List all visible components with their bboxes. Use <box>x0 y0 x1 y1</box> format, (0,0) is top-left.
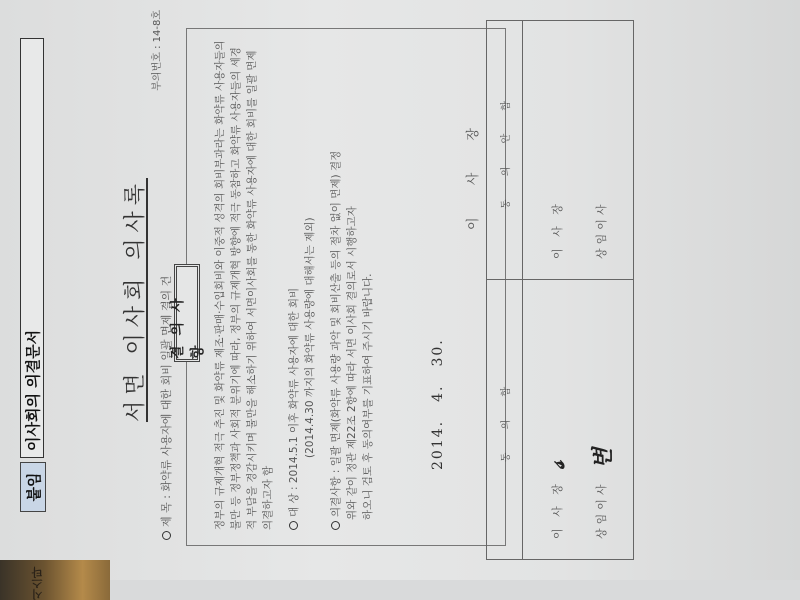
disagree-signer-row: 이 사 장 <box>537 9 577 259</box>
agree-signer-row: 이 사 장 𝓈 <box>537 289 577 539</box>
signer-title: 상임이사 <box>593 469 609 539</box>
form-title-box: 이사회의 의결문서 <box>20 38 44 458</box>
rotated-document-page: 붙임 이사회의 의결문서 서면 이사회 의사록 부의번호 : 14-8호 제 목… <box>0 0 800 600</box>
date-month: 4. <box>430 385 446 402</box>
handwritten-signature: 𝓈 <box>544 461 570 469</box>
document-title: 서면 이사회 의사록 <box>118 150 149 450</box>
issuer-title: 이 사 장 <box>462 90 481 230</box>
decision-line-1: 일괄 면제(화약류 사용량 과악 및 회비산출 등의 절차 없이 면제) 결정 <box>330 151 342 466</box>
approval-table: 동 의 함 이 사 장 𝓈 상임이사 변 동 의 안 함 이 사 장 상임이사 <box>486 20 634 560</box>
target-label: 대 상 : <box>288 483 300 517</box>
target-line-2: (2014.4.30 까지의 화약류 사용량에 대해서는 제외) <box>302 40 318 530</box>
attachment-badge: 붙임 <box>20 462 46 512</box>
decision-line-2: 위와 같이 정관 제22조 2항에 따라 서면 이사회 결의로서 시행하고자 <box>344 40 360 530</box>
disagree-column: 동 의 안 함 이 사 장 상임이사 <box>487 21 633 279</box>
disagree-signer-row: 상임이사 <box>581 9 621 259</box>
intro-paragraph: 정부의 규제개혁 적극 추진 및 화약류 제조·판매·수입회비와 이중적 성격의… <box>212 40 276 530</box>
agree-header: 동 의 함 <box>487 280 523 559</box>
resolution-label: 결의사항 <box>174 264 200 362</box>
date-year: 2014. <box>430 420 446 470</box>
decision-label: 의결사항 : <box>330 466 342 517</box>
signer-title: 상임이사 <box>593 189 609 259</box>
target-line-1: 2014.5.1 이후 화약류 사용자에 대한 회비 <box>288 288 300 483</box>
target-paragraph: 대 상 : 2014.5.1 이후 화약류 사용자에 대한 회비 (2014.4… <box>286 40 318 530</box>
decision-paragraph: 의결사항 : 일괄 면제(화약류 사용량 과악 및 회비산출 등의 절차 없이 … <box>328 40 376 530</box>
hollow-circle-bullet-icon <box>331 521 340 530</box>
hollow-circle-bullet-icon <box>289 521 298 530</box>
signer-title: 이 사 장 <box>549 189 565 259</box>
decision-line-3: 하오니 검토 후 동의여부를 기표하여 주시기 바랍니다. <box>360 40 376 530</box>
agree-signer-row: 상임이사 변 <box>581 289 621 539</box>
date-day: 30. <box>430 338 446 366</box>
handwritten-signature: 변 <box>586 448 617 469</box>
agree-column: 동 의 함 이 사 장 𝓈 상임이사 변 <box>487 279 633 559</box>
signer-title: 이 사 장 <box>549 469 565 539</box>
disagree-header: 동 의 안 함 <box>487 21 523 279</box>
hollow-circle-bullet-icon <box>162 531 171 540</box>
resolution-body: 정부의 규제개혁 적극 추진 및 화약류 제조·판매·수입회비와 이중적 성격의… <box>212 40 386 530</box>
document-date: 2014.4.30. <box>430 270 446 470</box>
